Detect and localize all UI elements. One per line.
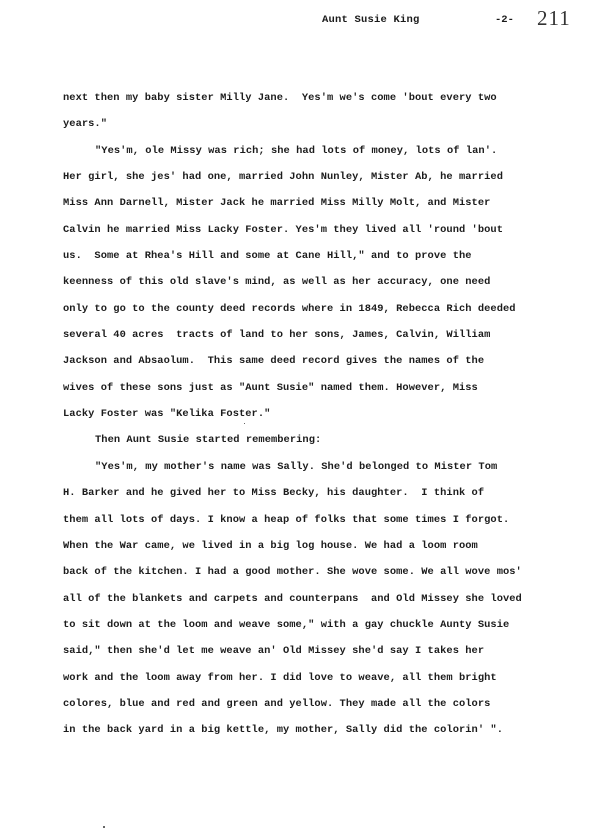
text-line: years." bbox=[63, 114, 583, 140]
text-line: keenness of this old slave's mind, as we… bbox=[63, 272, 583, 298]
text-line: Jackson and Absaolum. This same deed rec… bbox=[63, 351, 583, 377]
text-line: them all lots of days. I know a heap of … bbox=[63, 510, 583, 536]
text-line: H. Barker and he gived her to Miss Becky… bbox=[63, 483, 583, 509]
text-line: Miss Ann Darnell, Mister Jack he married… bbox=[63, 193, 583, 219]
text-line: Then Aunt Susie started remembering: bbox=[63, 430, 583, 456]
body-text: next then my baby sister Milly Jane. Yes… bbox=[63, 88, 583, 747]
text-line: Her girl, she jes' had one, married John… bbox=[63, 167, 583, 193]
document-page: Aunt Susie King -2- 211 next then my bab… bbox=[0, 0, 600, 830]
stamp-number: 211 bbox=[537, 6, 571, 31]
text-line: work and the loom away from her. I did l… bbox=[63, 668, 583, 694]
header-title: Aunt Susie King bbox=[322, 14, 420, 26]
text-line: only to go to the county deed records wh… bbox=[63, 299, 583, 325]
text-line: When the War came, we lived in a big log… bbox=[63, 536, 583, 562]
text-line: us. Some at Rhea's Hill and some at Cane… bbox=[63, 246, 583, 272]
text-line: all of the blankets and carpets and coun… bbox=[63, 589, 583, 615]
text-line: several 40 acres tracts of land to her s… bbox=[63, 325, 583, 351]
text-line: Calvin he married Miss Lacky Foster. Yes… bbox=[63, 220, 583, 246]
scan-speck bbox=[103, 826, 105, 828]
text-line: back of the kitchen. I had a good mother… bbox=[63, 562, 583, 588]
text-line: to sit down at the loom and weave some,"… bbox=[63, 615, 583, 641]
page-header: Aunt Susie King -2- 211 bbox=[0, 10, 600, 40]
text-line: "Yes'm, ole Missy was rich; she had lots… bbox=[63, 141, 583, 167]
text-line: next then my baby sister Milly Jane. Yes… bbox=[63, 88, 583, 114]
scan-speck bbox=[244, 423, 245, 424]
text-line: wives of these sons just as "Aunt Susie"… bbox=[63, 378, 583, 404]
text-line: said," then she'd let me weave an' Old M… bbox=[63, 641, 583, 667]
text-line: Lacky Foster was "Kelika Foster." bbox=[63, 404, 583, 430]
text-line: in the back yard in a big kettle, my mot… bbox=[63, 720, 583, 746]
page-marker: -2- bbox=[495, 14, 514, 26]
text-line: "Yes'm, my mother's name was Sally. She'… bbox=[63, 457, 583, 483]
text-line: colores, blue and red and green and yell… bbox=[63, 694, 583, 720]
